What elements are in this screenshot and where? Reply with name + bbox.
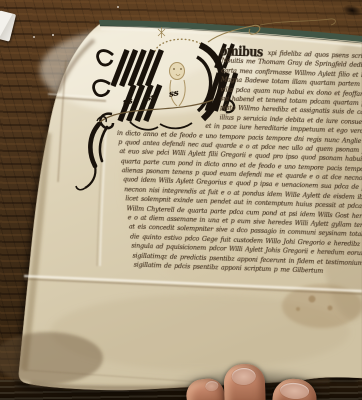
photo-of-manuscript: omibus xpi fidelibz ad quos psens script… xyxy=(0,0,362,400)
manuscript-text: omibus xpi fidelibz ad quos psens script… xyxy=(113,44,362,283)
section-mark: ss xyxy=(145,92,156,104)
finger-middle xyxy=(223,363,265,400)
section-mark: ss xyxy=(122,96,133,108)
section-mark: ss xyxy=(168,88,179,100)
manuscript-lines: xpi fidelibz ad quos psens scriptum puen… xyxy=(113,44,362,283)
opening-word: omibus xyxy=(220,43,263,60)
